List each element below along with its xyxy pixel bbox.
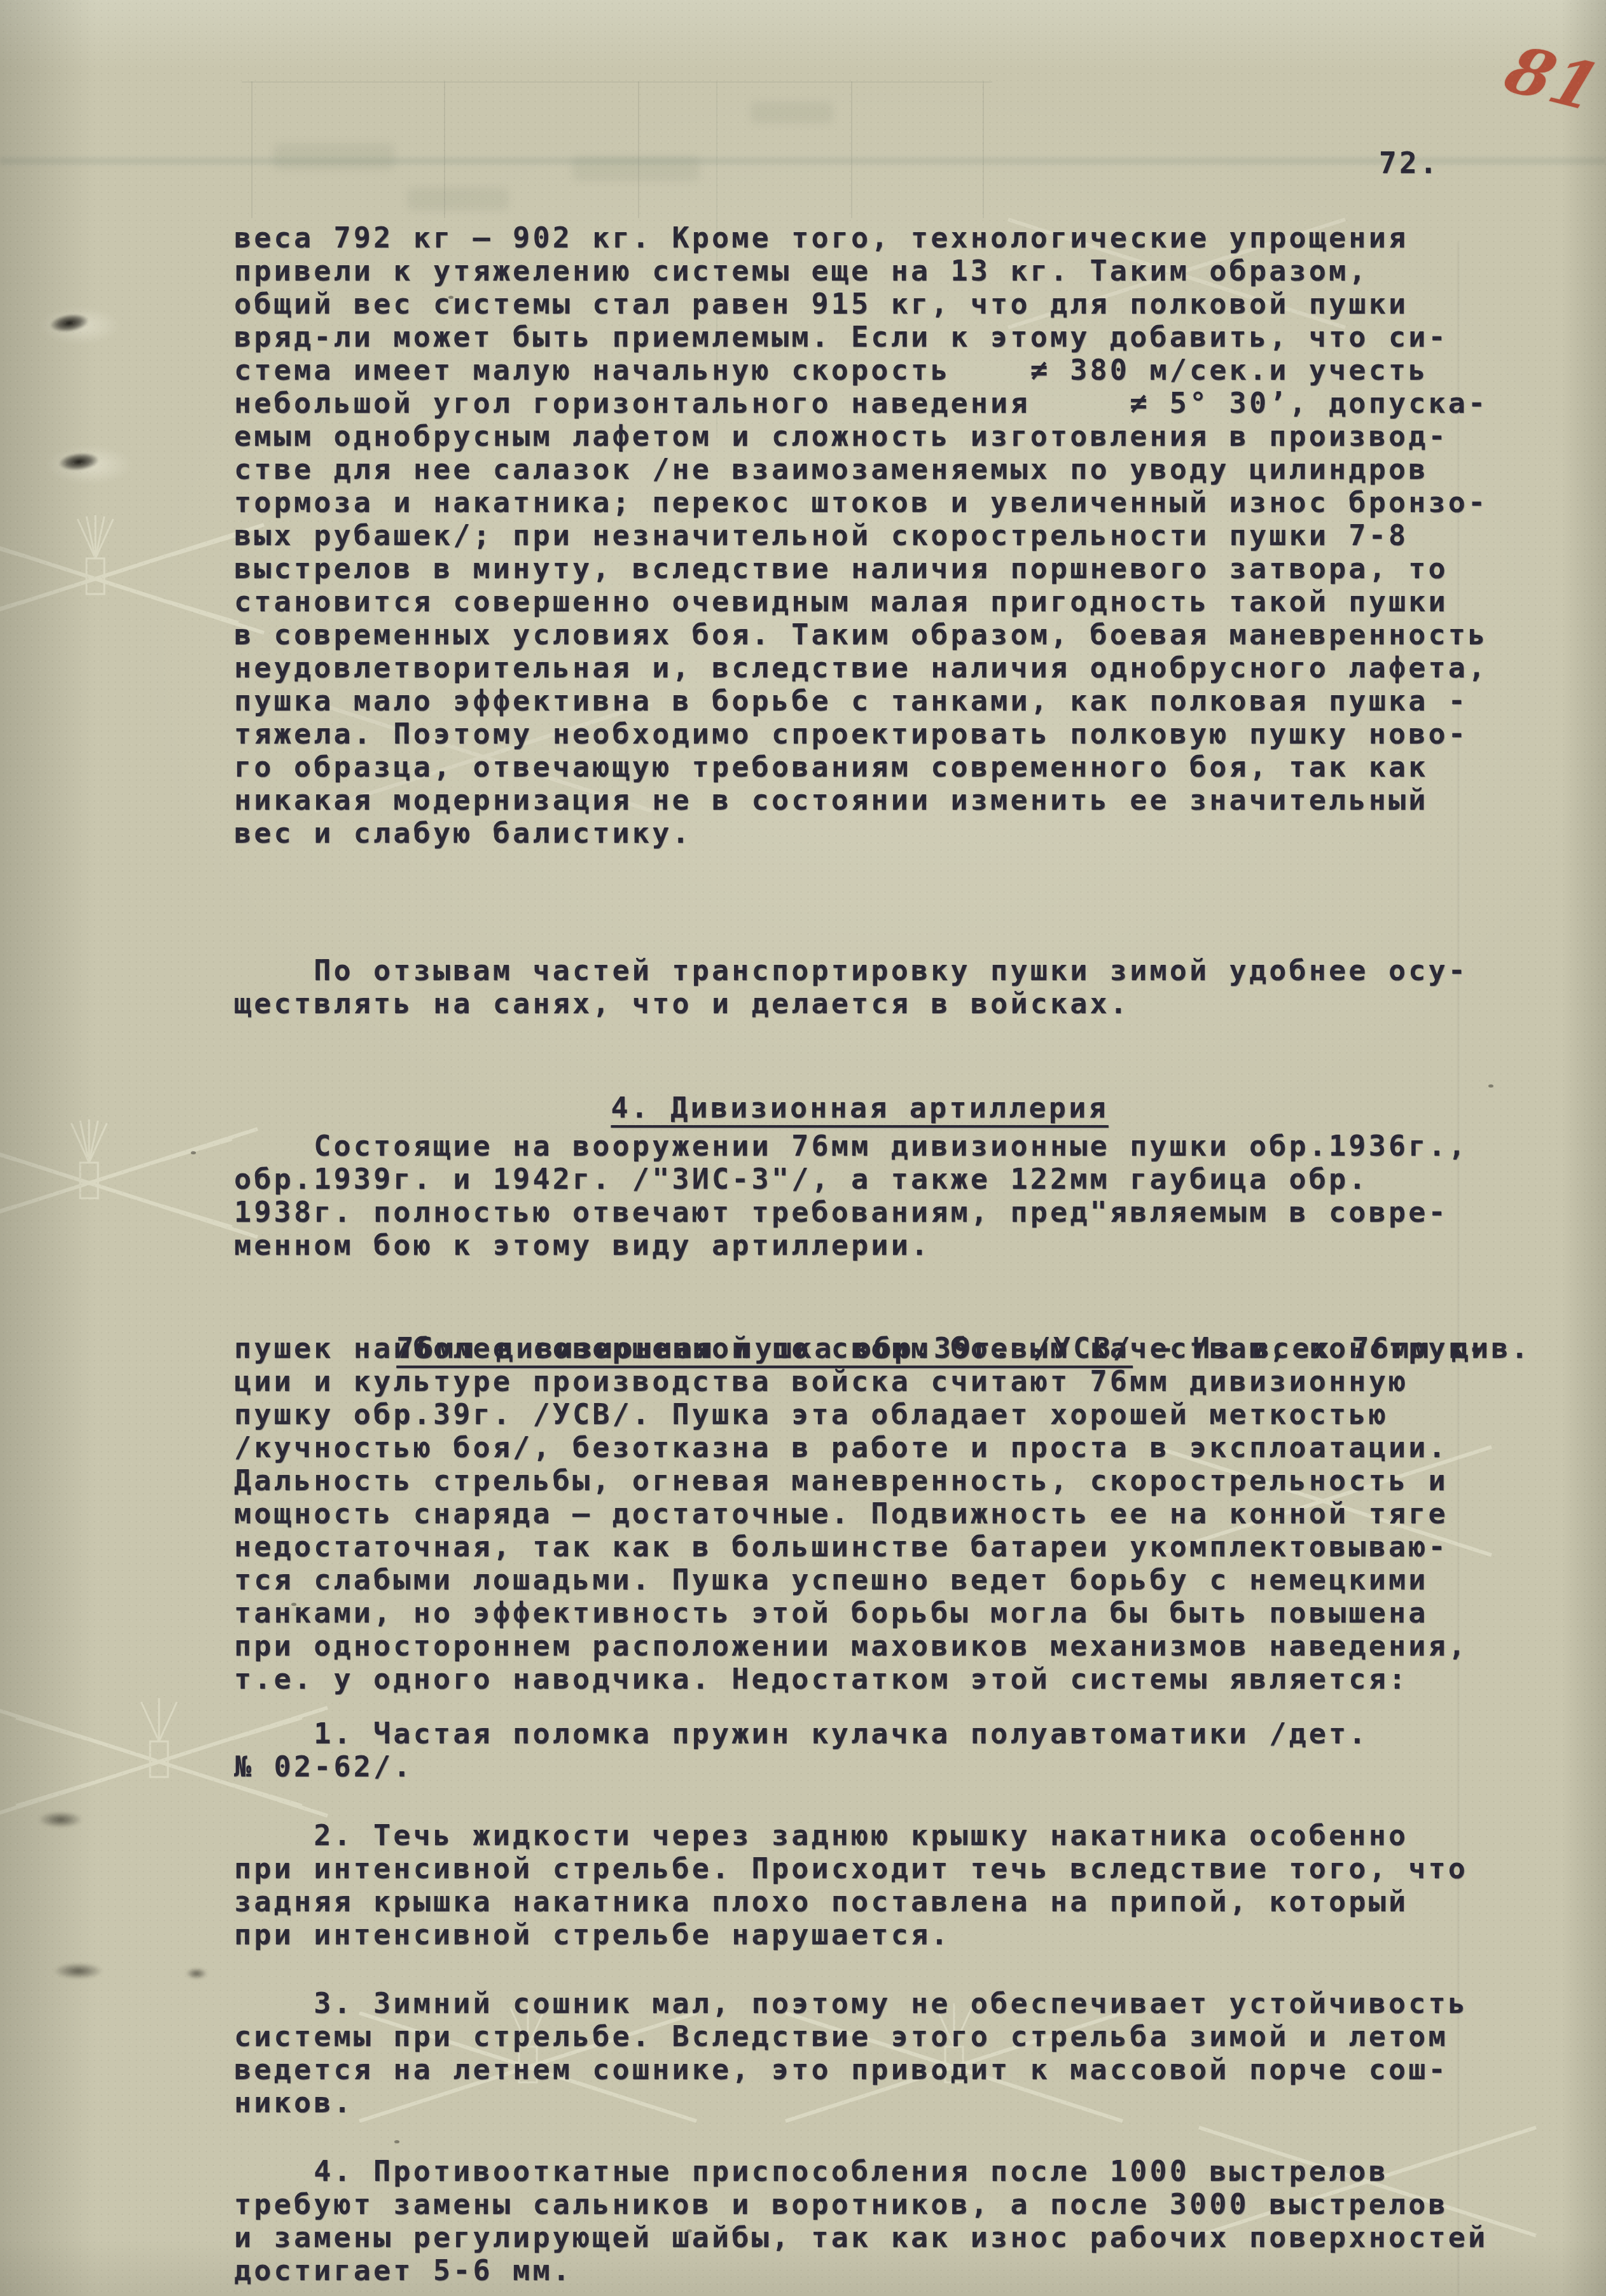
watermark-crossed-cannons-icon [0, 496, 273, 661]
scanned-page: 81 72. веса 792 кг – 902 кг. Кроме того,… [0, 0, 1606, 2296]
defect-item-3: 3. Зимний сошник мал, поэтому не обеспеч… [234, 1987, 1468, 2119]
paragraph-winter-transport: По отзывам частей транспортировку пушки … [234, 954, 1468, 1020]
defect-item-4: 4. Противооткатные приспособления после … [234, 2155, 1488, 2287]
paper-speck [394, 2140, 399, 2143]
ghost-table-line [251, 81, 253, 218]
paragraph-usv-gun: пушек наиболее совершенной по своим боев… [234, 1332, 1488, 1696]
watermark-crossed-cannons-icon [0, 1100, 267, 1266]
ink-smudge [53, 1963, 103, 1979]
ink-smudge [38, 1811, 83, 1828]
ghost-table-line [638, 81, 639, 218]
ghost-table-line [851, 81, 852, 218]
defect-item-1: 1. Частая поломка пружин кулачка полуавт… [234, 1717, 1369, 1783]
ghost-table-line [983, 81, 984, 218]
ghost-table-line [242, 81, 992, 83]
paragraph-divisional-inventory: Состоящие на вооружении 76мм дивизионные… [234, 1130, 1468, 1262]
ink-smudge [186, 1968, 207, 1979]
page-number: 72. [1379, 146, 1440, 179]
ghost-text-blob [751, 102, 833, 123]
scan-smear-band [0, 155, 1606, 167]
defect-item-2: 2. Течь жидкости через заднюю крышку нак… [234, 1819, 1468, 1951]
ghost-text-blob [407, 188, 509, 211]
handwritten-sheet-number: 81 [1495, 32, 1606, 126]
section-heading-text: 4. Дивизионная артиллерия [611, 1091, 1108, 1124]
paragraph-regimental-gun-weight: веса 792 кг – 902 кг. Кроме того, технол… [234, 221, 1488, 850]
paper-speck [191, 1151, 196, 1154]
